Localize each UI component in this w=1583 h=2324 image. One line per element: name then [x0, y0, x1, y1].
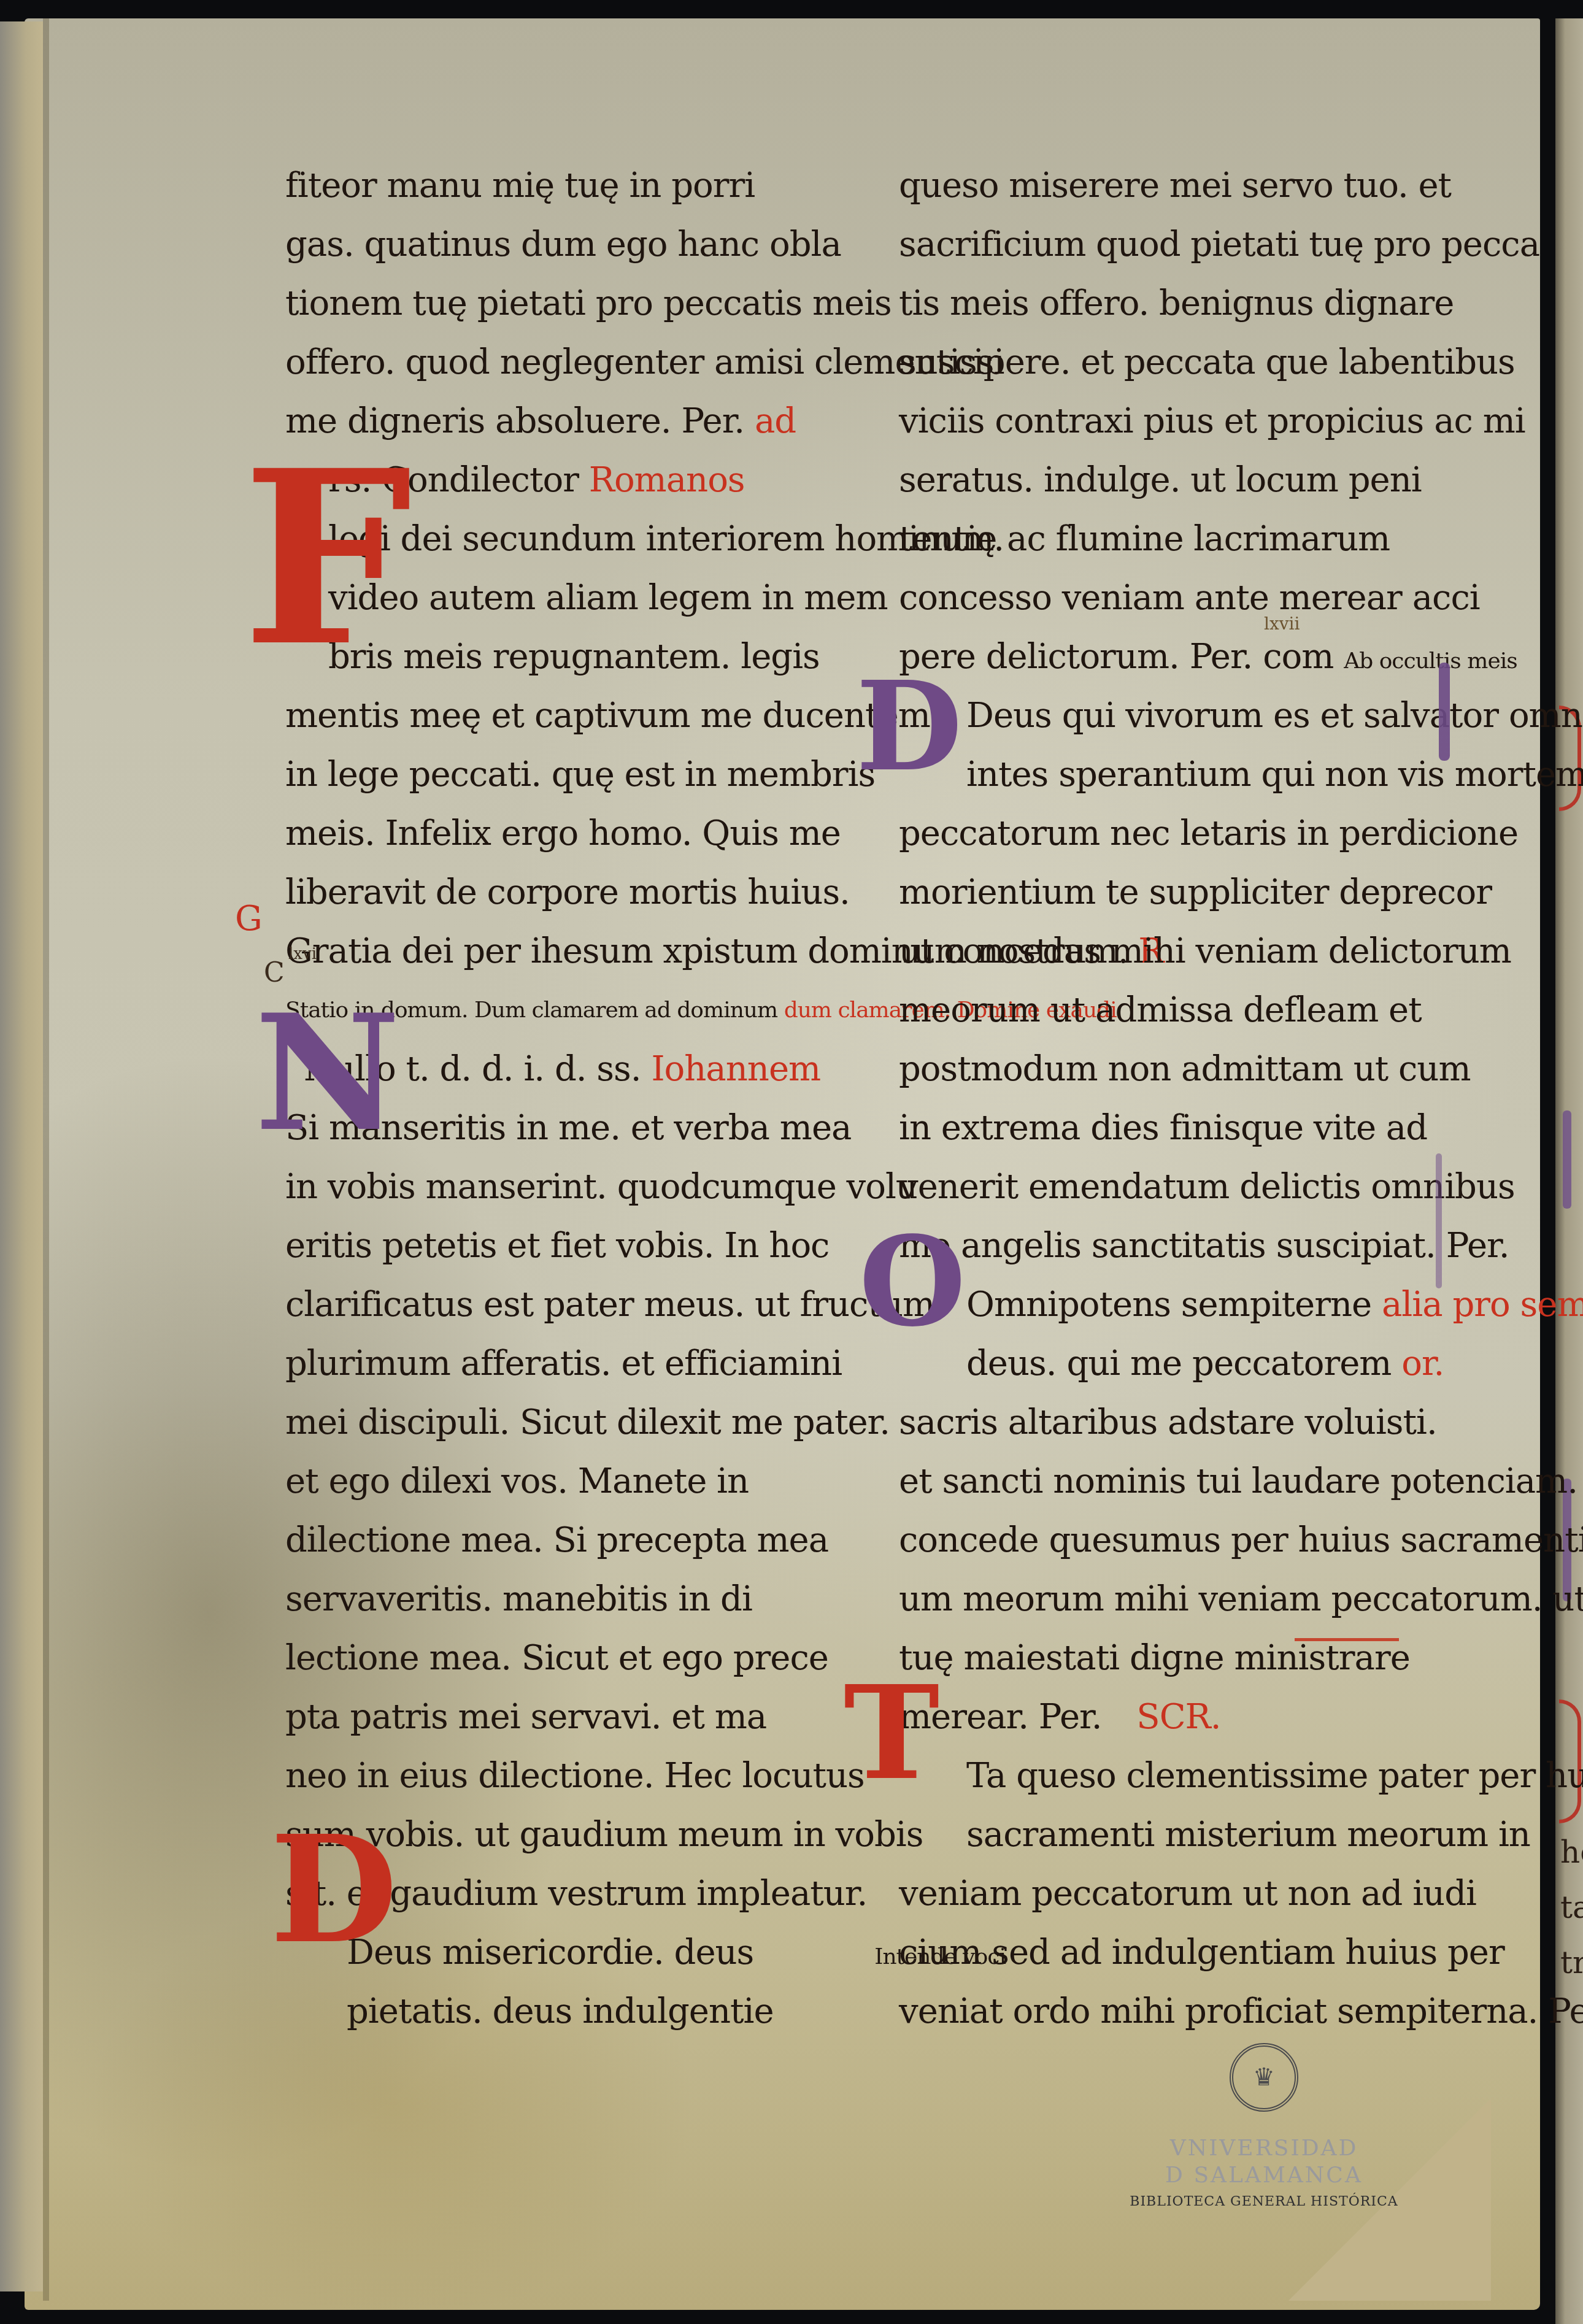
text-line: pietatis. deus indulgentie [285, 1982, 856, 2041]
right-text-column: queso miserere mei servo tuo. et sacrifi… [899, 156, 1500, 2041]
text-line: queso miserere mei servo tuo. et [899, 156, 1500, 215]
text-line: postmodum non admittam ut cum [899, 1040, 1500, 1099]
text-line: suscipere. et peccata que labentibus [899, 333, 1500, 392]
text-line: cium sed ad indulgentiam huius per [899, 1923, 1500, 1982]
initial-N: N [255, 994, 401, 1153]
text-line: neo in eius dilectione. Hec locutus [285, 1747, 856, 1806]
rubric-romanos: Romanos [589, 460, 745, 500]
text-line: tis meis offero. benignus dignare [899, 274, 1500, 333]
text-line: veniam peccatorum ut non ad iudi [899, 1864, 1500, 1923]
text-line: um meorum mihi veniam peccatorum. ut [899, 1570, 1500, 1629]
text-line: deus. qui me peccatorem or. [899, 1334, 1500, 1393]
text-line: et sancti nominis tui laudare potenciam. [899, 1452, 1500, 1511]
rubric-rule [1295, 1638, 1399, 1641]
text-line: clarificatus est pater meus. ut fructum [285, 1276, 856, 1334]
text-line: in extrema dies finisque vite ad [899, 1099, 1500, 1158]
text-line: peccatorum nec letaris in perdicione [899, 804, 1500, 863]
watermark-line1: VNIVERSIDAD [1129, 2135, 1399, 2162]
initial-F: F [242, 439, 412, 678]
text-line: sacrificium quod pietati tuę pro pecca [899, 215, 1500, 274]
text-line: pta patris mei servavi. et ma [285, 1688, 856, 1747]
text-line: pere delictorum. Per. com Ab occultis me… [899, 628, 1500, 687]
adjacent-text: tr [1560, 1945, 1583, 1980]
text-line: concesso veniam ante merear acci [899, 569, 1500, 628]
text-line: in lege peccati. quę est in membris [285, 745, 856, 804]
text-line: veniat ordo mihi proficiat sempiterna. P… [899, 1982, 1500, 2041]
text-line: morientium te suppliciter deprecor [899, 863, 1500, 922]
text-line: liberavit de corpore mortis huius. [285, 863, 856, 922]
initial-O: O [859, 1221, 966, 1344]
text-line: gas. quatinus dum ego hanc obla [285, 215, 856, 274]
rubric-alia: alia pro semetipso [1382, 1285, 1583, 1325]
margin-numeral: lxvi [288, 945, 317, 963]
text-line: Omnipotens sempiterne alia pro semetipso [899, 1276, 1500, 1334]
rubric: ad [755, 401, 796, 441]
text-line: tuę maiestati digne ministrare [899, 1629, 1500, 1688]
text-line: et ego dilexi vos. Manete in [285, 1452, 856, 1511]
text-line: venerit emendatum delictis omnibus [899, 1158, 1500, 1217]
binding-gutter [0, 21, 43, 2291]
adjacent-text: ta [1560, 1890, 1583, 1925]
cue-ab-occultis: Ab occultis meis [1344, 648, 1517, 674]
text-line: me angelis sanctitatis suscipiat. Per. [899, 1217, 1500, 1276]
rubric-oratio: or. [1401, 1344, 1444, 1383]
text-line: tionem tuę pietati pro peccatis meis [285, 274, 856, 333]
text-line: sacramenti misterium meorum in [899, 1806, 1500, 1864]
text-line: Deus qui vivorum es et salvator omnium [899, 687, 1500, 745]
text-line: merear. Per. SCR. [899, 1688, 1500, 1747]
adjacent-page-edge: ho ta tr [1555, 18, 1583, 2324]
text-line: tentię ac flumine lacrimarum [899, 510, 1500, 569]
text-line: mei discipuli. Sicut dilexit me pater. [285, 1393, 856, 1452]
text-line: concede quesumus per huius sacramenti mi… [899, 1511, 1500, 1570]
watermark-library: BIBLIOTECA GENERAL HISTÓRICA [1129, 2194, 1399, 2209]
purple-flourish-fragment [1563, 1110, 1571, 1209]
text-line: Ta queso clementissime pater per huius [899, 1747, 1500, 1806]
text-line: servaveritis. manebitis in di [285, 1570, 856, 1629]
text-line: lectione mea. Sicut et ego prece [285, 1629, 856, 1688]
purple-flourish [1436, 1153, 1442, 1288]
spine-shadow [43, 18, 49, 2301]
margin-numeral: lxvii [1264, 614, 1300, 634]
text-line: eritis petetis et fiet vobis. In hoc [285, 1217, 856, 1276]
text-line: dilectione mea. Si precepta mea [285, 1511, 856, 1570]
margin-marker-c: C [264, 957, 285, 988]
initial-D: D [856, 666, 962, 788]
margin-marker-g: G [235, 899, 263, 939]
purple-flourish [1439, 663, 1450, 761]
text-line: viciis contraxi pius et propicius ac mi [899, 392, 1500, 451]
adjacent-text: ho [1560, 1834, 1583, 1870]
text-line: meis. Infelix ergo homo. Quis me [285, 804, 856, 863]
text-line: plurimum afferatis. et efficiamini [285, 1334, 856, 1393]
text-line: ut concedas mihi veniam delictorum [899, 922, 1500, 981]
initial-T: T [844, 1669, 939, 1798]
text: pere delictorum. Per. com [899, 637, 1333, 677]
text-line: meorum ut admissa defleam et [899, 981, 1500, 1040]
text-line: offero. quod neglegenter amisi clementis… [285, 333, 856, 392]
library-watermark: ♛ VNIVERSIDAD D SALAMANCA BIBLIOTECA GEN… [1129, 2043, 1399, 2209]
text-line: intes sperantium qui non vis mortem [899, 745, 1500, 804]
text: Deus misericordie. deus [347, 1933, 753, 1972]
text-line: Gratia dei per ihesum xpistum dominum no… [285, 922, 856, 981]
university-seal-icon: ♛ [1230, 2043, 1298, 2112]
watermark-line2: D SALAMANCA [1129, 2162, 1399, 2189]
text-line: seratus. indulge. ut locum peni [899, 451, 1500, 510]
rubric-johannem: Iohannem [651, 1049, 820, 1089]
text-line: sacris altaribus adstare voluisti. [899, 1393, 1500, 1452]
text: deus. qui me peccatorem [966, 1344, 1391, 1383]
rubric-secreta: SCR. [1136, 1697, 1220, 1737]
text: Omnipotens sempiterne [966, 1285, 1371, 1325]
text-line: fiteor manu mię tuę in porri [285, 156, 856, 215]
initial-D: D [270, 1816, 398, 1963]
